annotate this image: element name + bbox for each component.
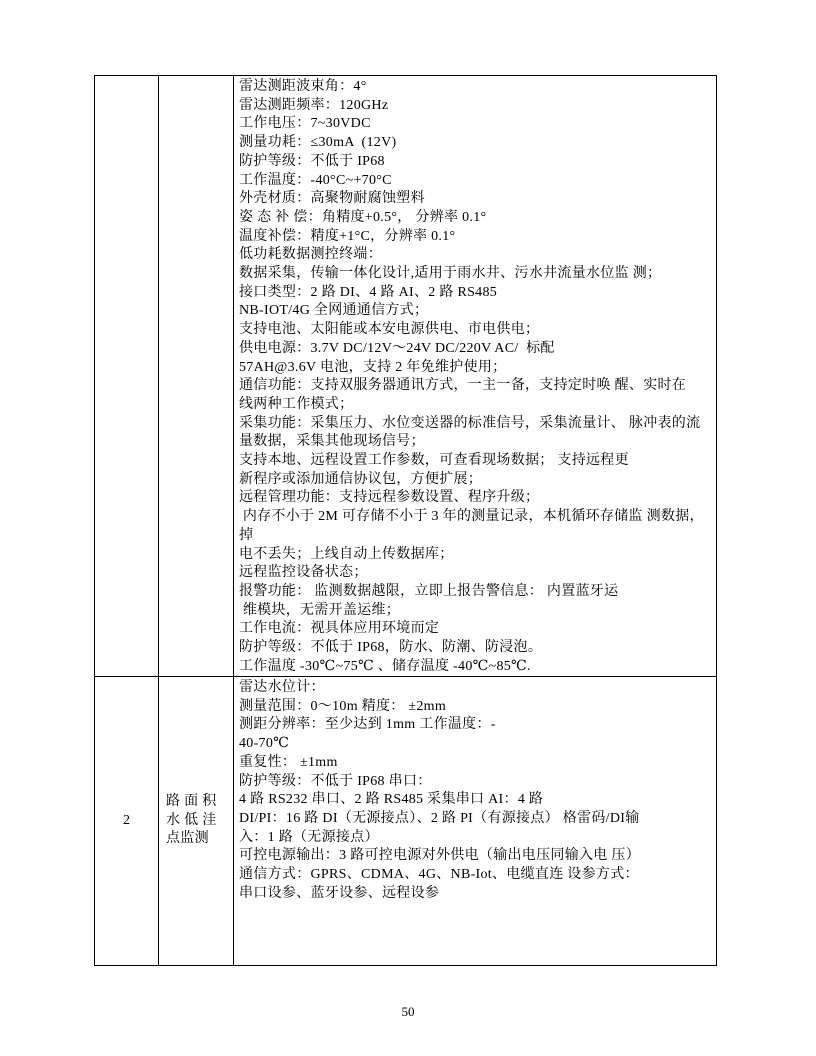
- row-category-cell: 路 面 积水 低 洼点监测: [159, 677, 234, 965]
- text-line: 维模块，无需开盖运维；: [239, 602, 712, 621]
- text-line: 数据采集，传输一体化设计,适用于雨水井、污水井流量水位监 测；: [239, 265, 712, 284]
- text-line: 供电电源：3.7V DC/12V～24V DC/220V AC/ 标配: [239, 340, 712, 359]
- text-line: 接口类型：2 路 DI、4 路 AI、2 路 RS485: [239, 284, 712, 303]
- text-line: 串口设参、蓝牙设参、远程设参: [239, 885, 712, 904]
- text-line: 支持本地、远程设置工作参数，可查看现场数据； 支持远程更: [239, 452, 712, 471]
- text-line: 工作电压：7~30VDC: [239, 115, 712, 134]
- text-line: 内存不小于 2M 可存储不小于 3 年的测量记录，本机循环存储监 测数据，掉: [239, 508, 712, 545]
- text-line: 40-70℃: [239, 735, 712, 754]
- text-line: 采集功能：采集压力、水位变送器的标准信号，采集流量计、 脉冲表的流: [239, 415, 712, 434]
- table-row: 2 路 面 积水 低 洼点监测 雷达水位计：测量范围：0～10m 精度： ±2m…: [95, 677, 716, 965]
- text-line: 工作温度：-40°C~+70°C: [239, 172, 712, 191]
- text-line: 雷达水位计：: [239, 679, 712, 698]
- document-page: 雷达测距波束角：4°雷达测距频率：120GHz工作电压：7~30VDC测量功耗：…: [0, 0, 816, 1056]
- text-line: 重复性： ±1mm: [239, 754, 712, 773]
- table-row: 雷达测距波束角：4°雷达测距频率：120GHz工作电压：7~30VDC测量功耗：…: [95, 76, 716, 677]
- text-line: 电不丢失；上线自动上传数据库；: [239, 546, 712, 565]
- text-line: 雷达测距频率：120GHz: [239, 97, 712, 116]
- text-line: 通信功能：支持双服务器通讯方式，一主一备，支持定时唤 醒、实时在: [239, 377, 712, 396]
- text-line: 57AH@3.6V 电池，支持 2 年免维护使用；: [239, 359, 712, 378]
- text-line: 防护等级：不低于 IP68 串口：: [239, 773, 712, 792]
- text-line: 工作电流：视具体应用环境而定: [239, 620, 712, 639]
- text-line: 通信方式：GPRS、CDMA、4G、NB-Iot、电缆直连 设参方式：: [239, 866, 712, 885]
- text-line: 防护等级：不低于 IP68: [239, 153, 712, 172]
- text-line: 远程管理功能：支持远程参数设置、程序升级；: [239, 489, 712, 508]
- text-line: 低功耗数据测控终端：: [239, 246, 712, 265]
- text-line: 外壳材质：高聚物耐腐蚀塑料: [239, 190, 712, 209]
- text-line: 线两种工作模式；: [239, 396, 712, 415]
- row-category-cell: [159, 76, 234, 677]
- text-line: 工作温度 -30℃~75℃ 、储存温度 -40℃~85℃.: [239, 658, 712, 677]
- text-line: 测距分辨率：至少达到 1mm 工作温度：-: [239, 716, 712, 735]
- text-line: 路 面 积: [166, 793, 231, 812]
- text-line: DI/PI：16 路 DI（无源接点）、2 路 PI（有源接点） 格雷码/DI输: [239, 810, 712, 829]
- text-line: 点监测: [166, 830, 231, 849]
- text-line: NB-IOT/4G 全网通通信方式；: [239, 302, 712, 321]
- text-line: 水 低 洼: [166, 812, 231, 831]
- text-line: 温度补偿：精度+1°C，分辨率 0.1°: [239, 228, 712, 247]
- text-line: 防护等级：不低于 IP68，防水、防潮、防浸泡。: [239, 639, 712, 658]
- text-line: 远程监控设备状态；: [239, 564, 712, 583]
- text-line: 报警功能： 监测数据越限，立即上报告警信息： 内置蓝牙运: [239, 583, 712, 602]
- text-line: 测量范围：0～10m 精度： ±2mm: [239, 698, 712, 717]
- row-index-cell: 2: [95, 677, 159, 965]
- row-specs-cell: 雷达水位计：测量范围：0～10m 精度： ±2mm测距分辨率：至少达到 1mm …: [234, 677, 716, 965]
- text-line: 雷达测距波束角：4°: [239, 78, 712, 97]
- text-line: 4 路 RS232 串口、2 路 RS485 采集串口 AI：4 路: [239, 791, 712, 810]
- text-line: 入：1 路（无源接点）: [239, 829, 712, 848]
- text-line: 支持电池、太阳能或本安电源供电、市电供电；: [239, 321, 712, 340]
- text-line: 量数据，采集其他现场信号；: [239, 433, 712, 452]
- text-line: 可控电源输出：3 路可控电源对外供电（输出电压同输入电 压）: [239, 847, 712, 866]
- row-index-cell: [95, 76, 159, 677]
- spec-table: 雷达测距波束角：4°雷达测距频率：120GHz工作电压：7~30VDC测量功耗：…: [94, 75, 717, 966]
- text-line: 姿 态 补 偿：角精度+0.5°， 分辨率 0.1°: [239, 209, 712, 228]
- text-line: 测量功耗：≤30mA (12V): [239, 134, 712, 153]
- row-specs-cell: 雷达测距波束角：4°雷达测距频率：120GHz工作电压：7~30VDC测量功耗：…: [234, 76, 716, 677]
- page-number: 50: [0, 1004, 816, 1020]
- text-line: 新程序或添加通信协议包，方便扩展；: [239, 471, 712, 490]
